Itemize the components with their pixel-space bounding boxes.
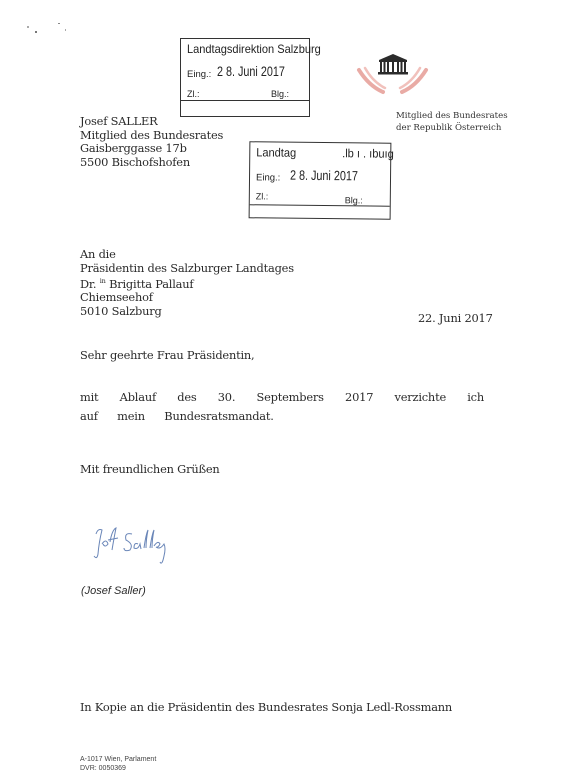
stamp-divider [181,100,309,101]
parliament-building-icon [355,48,430,98]
stamp-divider [250,204,390,206]
stamp-eing-label: Eing.: [187,69,211,80]
sender-city: 5500 Bischofshofen [80,156,223,170]
stamp-blg-label: Blg.: [271,89,289,99]
stamp-eing-label: Eing.: [256,172,280,183]
scan-artifact [65,29,66,31]
caption-line1: Mitglied des Bundesrates [396,110,508,122]
stamp-blg-label: Blg.: [345,195,363,205]
sender-title: Mitglied des Bundesrates [80,129,223,143]
signer-name: (Josef Saller) [81,585,146,597]
recipient-line2: Präsidentin des Salzburger Landtages [80,262,294,276]
stamp-title: Landtagsdirektion Salzburg [187,42,321,56]
stamp-date: 2 8. Juni 2017 [217,64,285,79]
scan-artifact [35,31,37,33]
stamp-zl-label: Zl.: [187,89,200,99]
stamp-zl-label: Zl.: [256,191,269,201]
stamp-title: Landtag .lb ı . ıbuıg [256,145,394,160]
scan-artifact [58,23,60,24]
letterhead-caption: Mitglied des Bundesrates der Republik Ös… [396,110,508,134]
stamp-date: 2 8. Juni 2017 [290,168,358,184]
received-stamp-secondary: Landtag .lb ı . ıbuıg Eing.: 2 8. Juni 2… [249,141,392,219]
footer-line2: DVR: 0050369 [80,764,156,773]
letterhead-logo [355,48,430,98]
sender-name: Josef SALLER [80,115,223,129]
footer-line1: A-1017 Wien, Parlament [80,755,156,764]
recipient-address: An die Präsidentin des Salzburger Landta… [80,248,294,318]
closing: Mit freundlichen Grüßen [80,463,220,477]
scan-artifact [27,26,29,28]
footer-address: A-1017 Wien, Parlament DVR: 0050369 [80,755,156,773]
letter-body: mit Ablauf des 30. Septembers 2017 verzi… [80,388,484,426]
sender-street: Gaisberggasse 17b [80,142,223,156]
salutation: Sehr geehrte Frau Präsidentin, [80,349,254,363]
recipient-line1: An die [80,248,294,262]
letter-date: 22. Juni 2017 [418,312,493,326]
handwritten-signature [88,520,178,570]
cc-line: In Kopie an die Präsidentin des Bundesra… [80,701,452,715]
recipient-line4: Chiemseehof [80,291,294,305]
recipient-title-suffix: in [100,277,106,285]
caption-line2: der Republik Österreich [396,122,508,134]
recipient-line5: 5010 Salzburg [80,305,294,319]
recipient-name: Brigitta Pallauf [109,277,193,291]
recipient-line3: Dr. in Brigitta Pallauf [80,275,294,291]
recipient-prefix: Dr. [80,277,96,291]
received-stamp-primary: Landtagsdirektion Salzburg Eing.: 2 8. J… [180,38,310,117]
sender-address: Josef SALLER Mitglied des Bundesrates Ga… [80,115,223,169]
